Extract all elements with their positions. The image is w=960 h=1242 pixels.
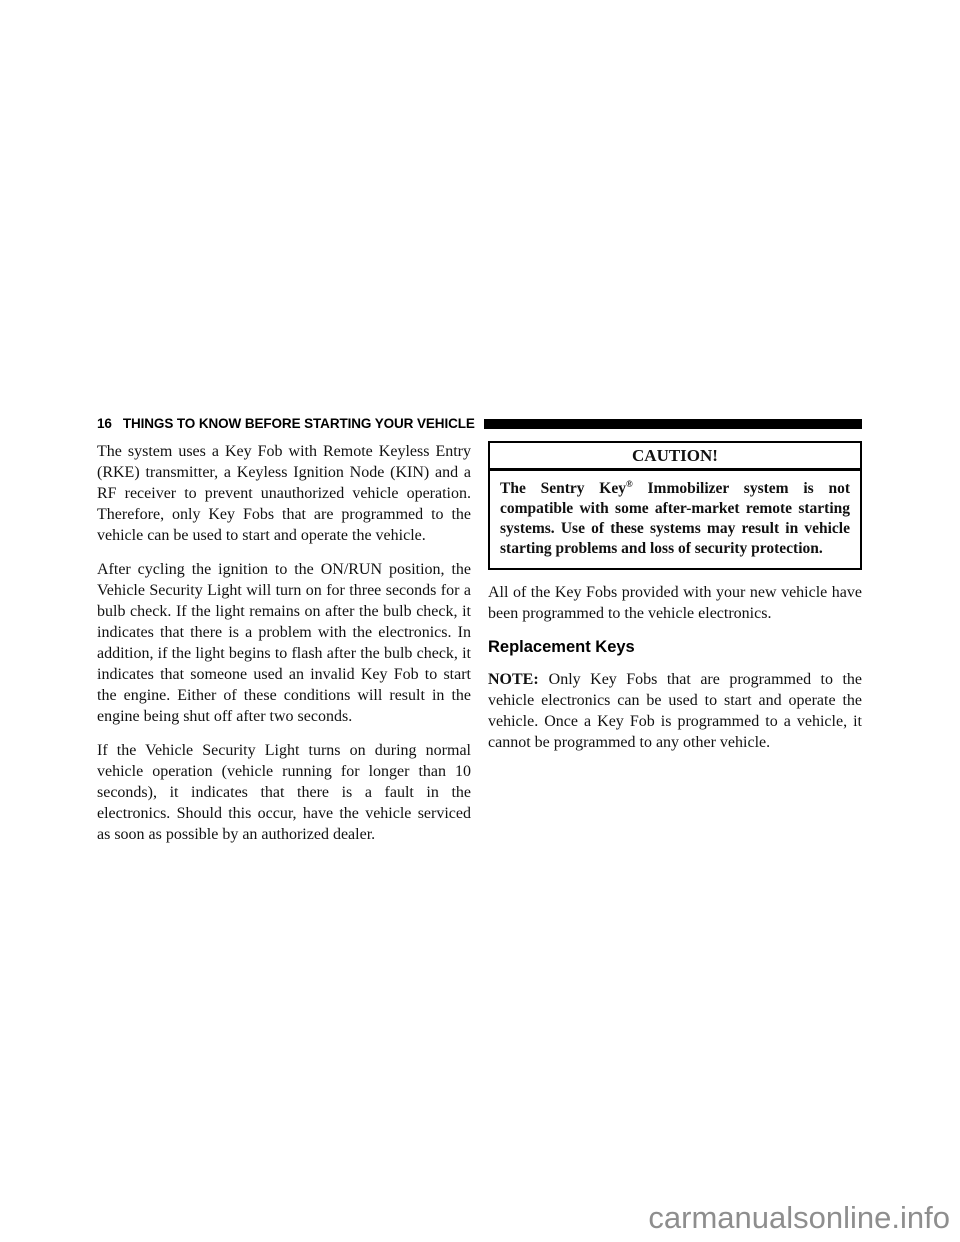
caution-body-prefix: The Sentry Key [500, 480, 626, 497]
paragraph-system-overview: The system uses a Key Fob with Remote Ke… [97, 441, 471, 546]
right-column: CAUTION! The Sentry Key® Immobilizer sys… [488, 441, 862, 858]
caution-title: CAUTION! [490, 443, 860, 471]
page-number: 16 [97, 416, 112, 431]
note-text: Only Key Fobs that are programmed to the… [488, 671, 862, 751]
watermark-text: carmanualsonline.info [648, 1200, 950, 1236]
note-paragraph: NOTE:Only Key Fobs that are programmed t… [488, 669, 862, 753]
chapter-title: THINGS TO KNOW BEFORE STARTING YOUR VEHI… [123, 416, 475, 431]
page-body: The system uses a Key Fob with Remote Ke… [97, 441, 862, 858]
paragraph-ignition-bulb-check: After cycling the ignition to the ON/RUN… [97, 559, 471, 727]
replacement-keys-heading: Replacement Keys [488, 638, 862, 657]
left-column: The system uses a Key Fob with Remote Ke… [97, 441, 471, 858]
manual-page: 16 THINGS TO KNOW BEFORE STARTING YOUR V… [0, 0, 960, 1242]
paragraph-security-light-fault: If the Vehicle Security Light turns on d… [97, 740, 471, 845]
header-rule-bar [484, 419, 862, 429]
note-label: NOTE: [488, 671, 539, 688]
caution-body: The Sentry Key® Immobilizer system is no… [490, 471, 860, 568]
paragraph-key-fobs-programmed: All of the Key Fobs provided with your n… [488, 582, 862, 624]
registered-trademark-symbol: ® [626, 479, 633, 489]
running-header: 16 THINGS TO KNOW BEFORE STARTING YOUR V… [97, 416, 862, 431]
caution-box: CAUTION! The Sentry Key® Immobilizer sys… [488, 441, 862, 570]
